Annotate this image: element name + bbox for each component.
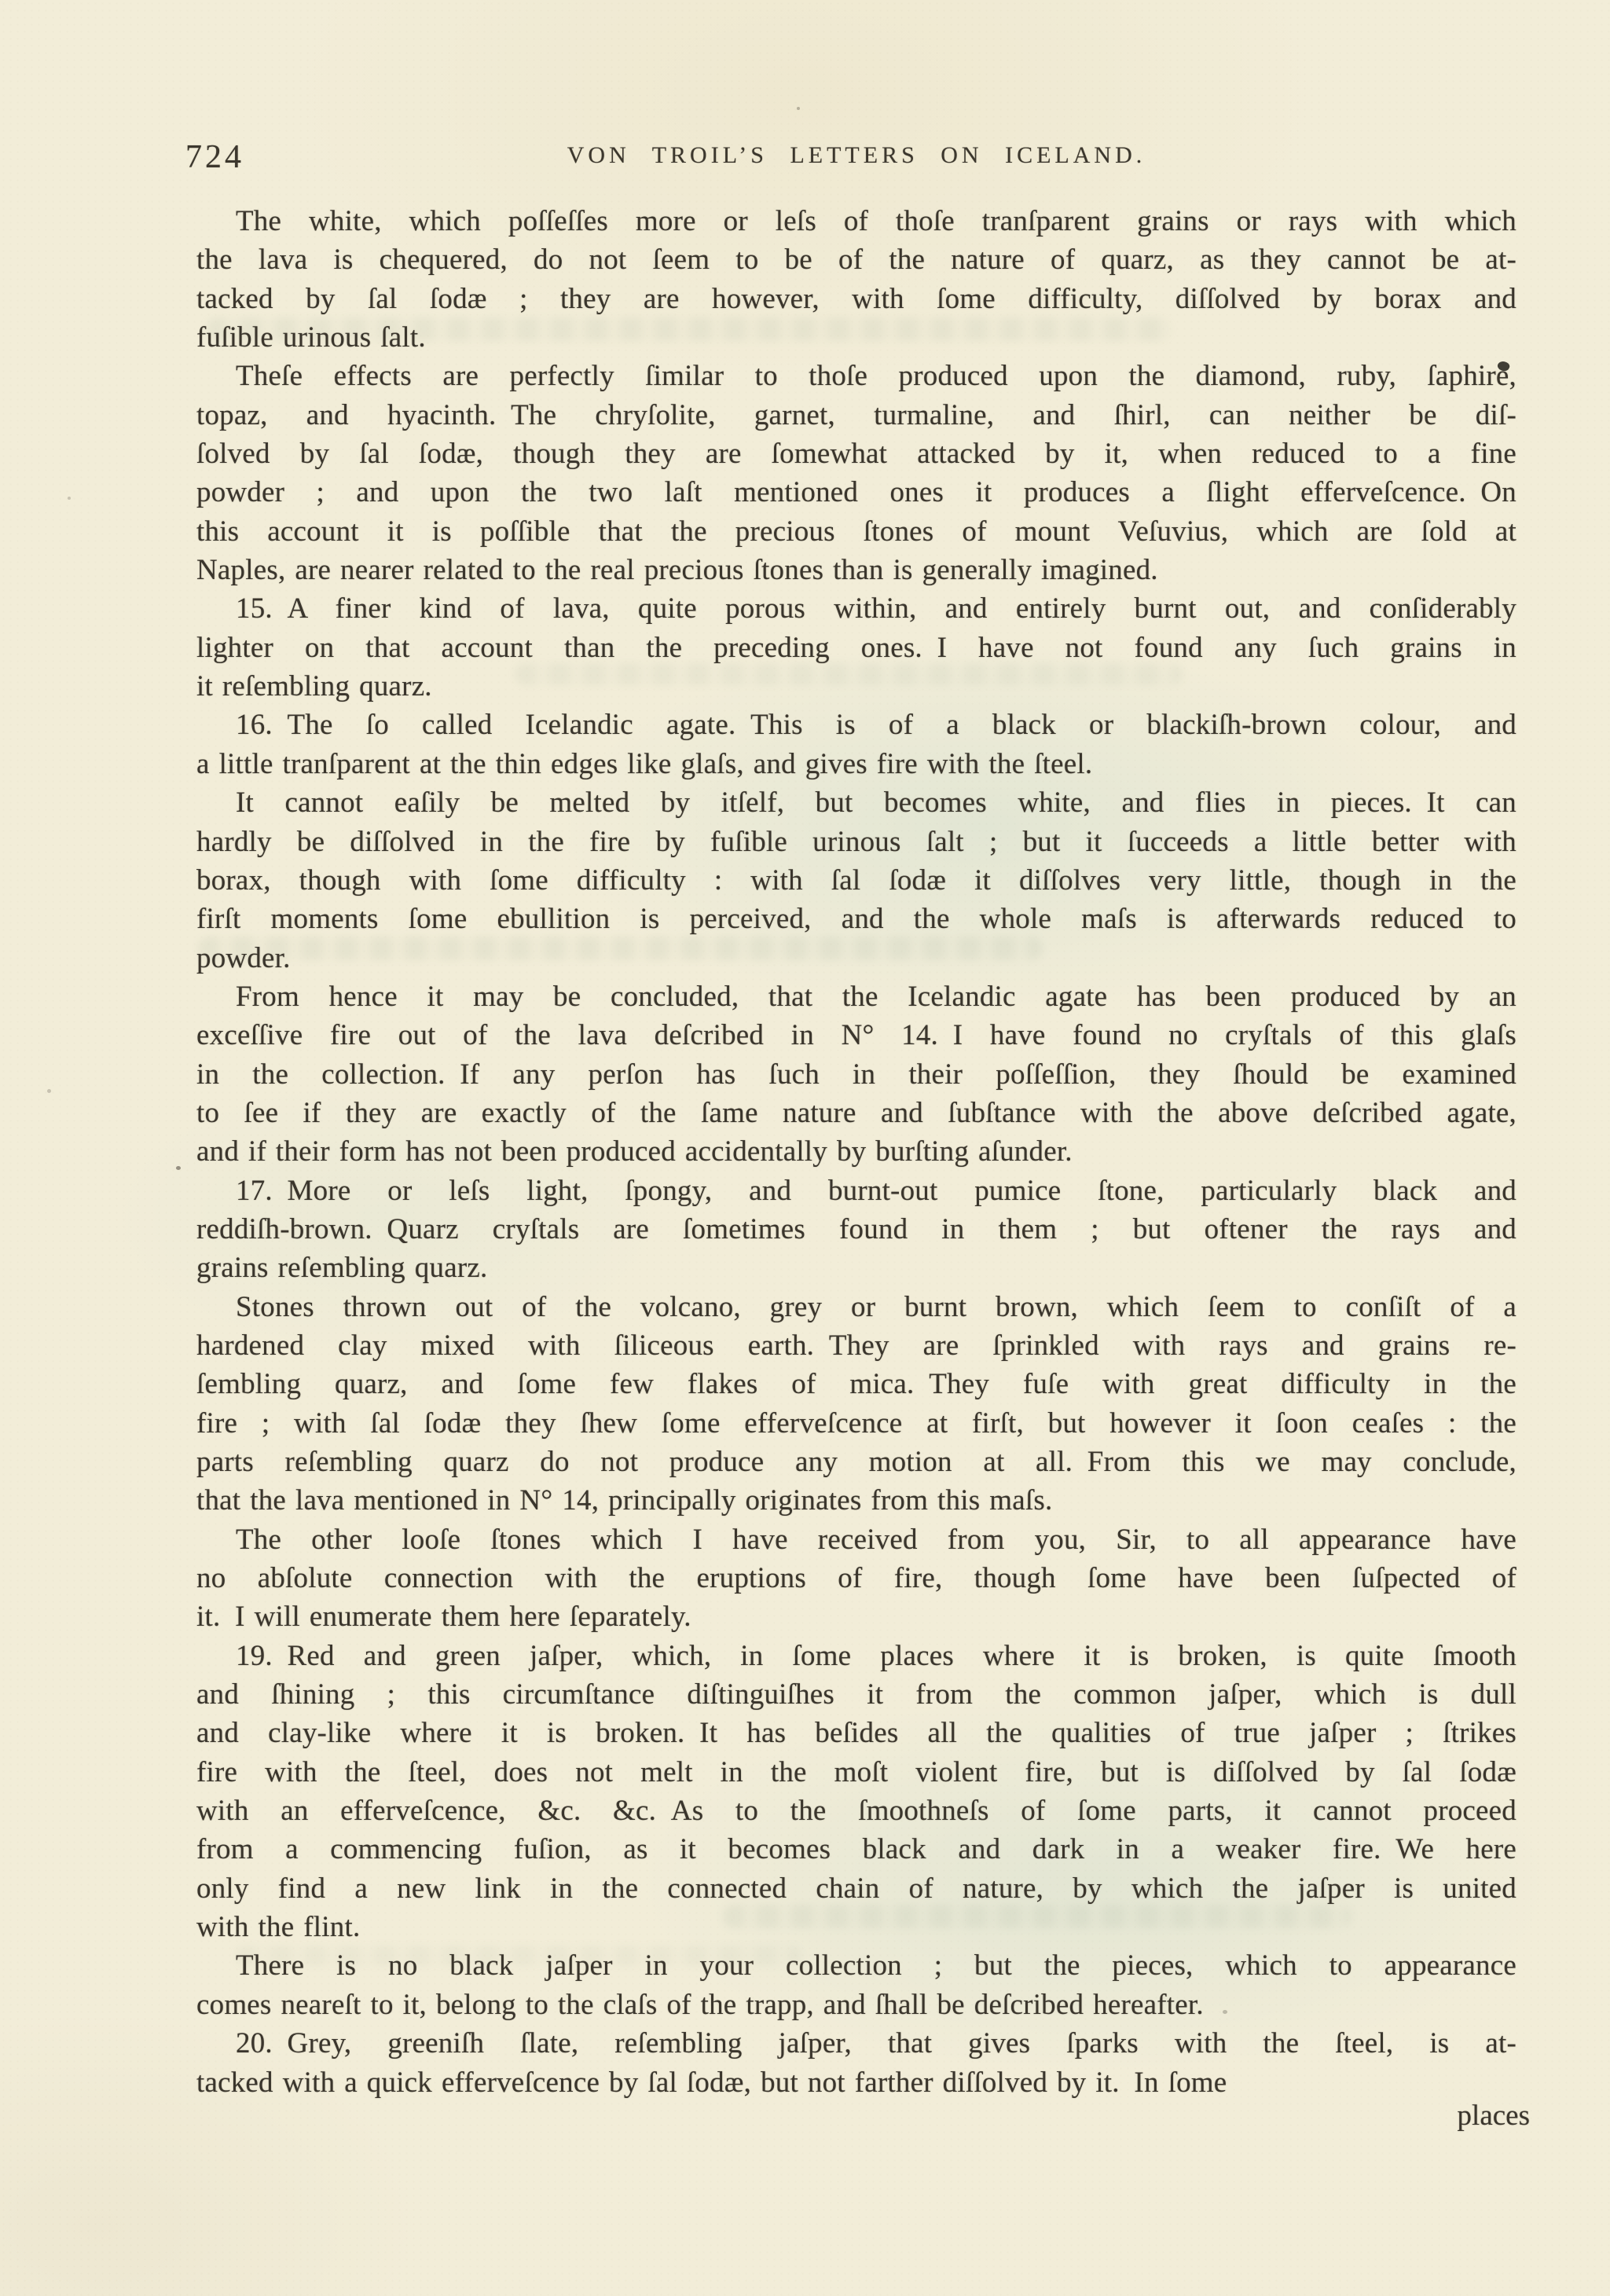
text-line: it reſembling quarz. xyxy=(196,667,1516,706)
text-line: no abſolute connection with the eruption… xyxy=(196,1559,1516,1597)
text-line: The other looſe ſtones which I have rece… xyxy=(196,1520,1516,1559)
text-line: 17. More or leſs light, ſpongy, and burn… xyxy=(196,1172,1516,1210)
text-line: 19. Red and green jaſper, which, in ſome… xyxy=(196,1637,1516,1675)
text-line: and if their form has not been produced … xyxy=(196,1132,1516,1171)
text-line: from a commencing fuſion, as it becomes … xyxy=(196,1830,1516,1869)
text-line: borax, though with ſome difficulty : wit… xyxy=(196,861,1516,900)
text-line: reddiſh-brown. Quarz cryſtals are ſometi… xyxy=(196,1210,1516,1249)
text-block: The white, which poſſeſſes more or leſs … xyxy=(196,202,1516,2102)
text-line: hardly be diſſolved in the fire by fuſib… xyxy=(196,823,1516,861)
text-line: this account it is poſſible that the pre… xyxy=(196,512,1516,551)
text-line: 20. Grey, greeniſh ſlate, reſembling jaſ… xyxy=(196,2024,1516,2063)
text-line: From hence it may be concluded, that the… xyxy=(196,977,1516,1016)
text-line: ſolved by ſal ſodæ, though they are ſome… xyxy=(196,435,1516,473)
text-line: the lava is chequered, do not ſeem to be… xyxy=(196,240,1516,279)
text-line: 16. The ſo called Icelandic agate. This … xyxy=(196,706,1516,744)
text-line: tacked by ſal ſodæ ; they are however, w… xyxy=(196,280,1516,318)
text-line: fuſible urinous ſalt. xyxy=(196,318,1516,357)
text-line: ſembling quarz, and ſome few flakes of m… xyxy=(196,1365,1516,1403)
text-line: to ſee if they are exactly of the ſame n… xyxy=(196,1094,1516,1132)
text-line: with the flint. xyxy=(196,1908,1516,1946)
text-line: There is no black jaſper in your collect… xyxy=(196,1946,1516,1985)
ink-speck xyxy=(68,497,71,500)
text-line: Theſe effects are perfectly ſimilar to t… xyxy=(196,357,1516,395)
text-line: only find a new link in the connected ch… xyxy=(196,1869,1516,1908)
text-line: grains reſembling quarz. xyxy=(196,1249,1516,1287)
text-line: powder ; and upon the two laſt mentioned… xyxy=(196,473,1516,512)
catchword: places xyxy=(196,2096,1530,2135)
text-line: firſt moments ſome ebullition is perceiv… xyxy=(196,900,1516,938)
text-line: hardened clay mixed with ſiliceous earth… xyxy=(196,1326,1516,1365)
text-line: It cannot eaſily be melted by itſelf, bu… xyxy=(196,783,1516,822)
text-line: powder. xyxy=(196,939,1516,977)
book-page-scan: 724 VON TROIL’S LETTERS ON ICELAND. The … xyxy=(0,0,1610,2296)
running-title: VON TROIL’S LETTERS ON ICELAND. xyxy=(196,142,1516,169)
text-line: in the collection. If any perſon has ſuc… xyxy=(196,1055,1516,1094)
text-line: comes neareſt to it, belong to the claſs… xyxy=(196,1986,1516,2024)
text-line: topaz, and hyacinth. The chryſolite, gar… xyxy=(196,396,1516,435)
text-line: Stones thrown out of the volcano, grey o… xyxy=(196,1288,1516,1326)
text-line: fire with the ſteel, does not melt in th… xyxy=(196,1753,1516,1792)
ink-speck xyxy=(47,1089,51,1093)
text-line: 15. A finer kind of lava, quite porous w… xyxy=(196,589,1516,628)
text-line: The white, which poſſeſſes more or leſs … xyxy=(196,202,1516,240)
text-line: fire ; with ſal ſodæ they ſhew ſome effe… xyxy=(196,1404,1516,1443)
text-line: it. I will enumerate them here ſeparatel… xyxy=(196,1597,1516,1636)
text-line: lighter on that account than the precedi… xyxy=(196,629,1516,667)
ink-speck xyxy=(797,107,800,110)
ink-speck xyxy=(176,1166,181,1170)
text-line: parts reſembling quarz do not produce an… xyxy=(196,1443,1516,1481)
text-line: a little tranſparent at the thin edges l… xyxy=(196,745,1516,783)
text-line: that the lava mentioned in N° 14, princi… xyxy=(196,1481,1516,1520)
text-line: Naples, are nearer related to the real p… xyxy=(196,551,1516,589)
text-line: exceſſive fire out of the lava deſcribed… xyxy=(196,1016,1516,1054)
text-line: and clay-like where it is broken. It has… xyxy=(196,1714,1516,1752)
text-line: with an efferveſcence, &c. &c. As to the… xyxy=(196,1792,1516,1830)
text-line: and ſhining ; this circumſtance diſtingu… xyxy=(196,1675,1516,1714)
